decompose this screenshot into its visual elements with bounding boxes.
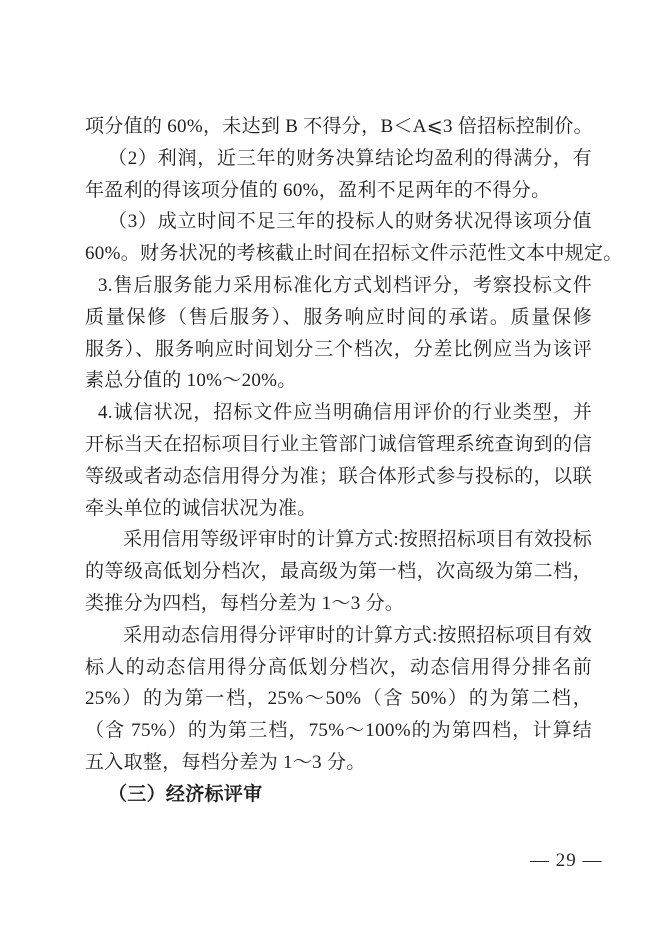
text-line: （含 75%）的为第三档，75%～100%的为第四档，计算结果四舍: [85, 715, 592, 747]
text-line: 采用动态信用得分评审时的计算方式:按照招标项目有效投: [85, 620, 592, 652]
text-line: 年盈利的得该项分值的 60%，盈利不足两年的不得分。: [85, 175, 592, 207]
text-line: 采用信用等级评审时的计算方式:按照招标项目有效投标人: [85, 524, 592, 556]
text-line: （2）利润，近三年的财务决算结论均盈利的得满分，有两: [85, 143, 592, 175]
document-body-text: 项分值的 60%，未达到 B 不得分，B＜A⩽3 倍招标控制价。（2）利润，近三…: [85, 111, 592, 811]
text-line: 60%。财务状况的考核截止时间在招标文件示范性文本中规定。: [85, 238, 592, 270]
text-line: 项分值的 60%，未达到 B 不得分，B＜A⩽3 倍招标控制价。: [85, 111, 592, 143]
page-number: — 29 —: [530, 848, 603, 874]
text-line: 等级或者动态信用得分为准；联合体形式参与投标的，以联合体: [85, 461, 592, 493]
text-line: 的等级高低划分档次，最高级为第一档，次高级为第二档，以此: [85, 556, 592, 588]
text-line: 类推分为四档，每档分差为 1～3 分。: [85, 588, 592, 620]
text-line: 质量保修（售后服务）、服务响应时间的承诺。质量保修（售后: [85, 302, 592, 334]
text-line: 25%）的为第一档，25%～50%（含 50%）的为第二档，50%～75%: [85, 683, 592, 715]
text-line: 牵头单位的诚信状况为准。: [85, 493, 592, 525]
text-line: 标人的动态信用得分高低划分档次，动态信用得分排名前25%(含: [85, 652, 592, 684]
text-line: 4.诚信状况，招标文件应当明确信用评价的行业类型，并以: [85, 397, 592, 429]
document-page: 项分值的 60%，未达到 B 不得分，B＜A⩽3 倍招标控制价。（2）利润，近三…: [0, 0, 670, 932]
text-line: 五入取整，每档分差为 1～3 分。: [85, 747, 592, 779]
text-line: （3）成立时间不足三年的投标人的财务状况得该项分值的: [85, 206, 592, 238]
text-line: 3.售后服务能力采用标准化方式划档评分，考察投标文件对: [85, 270, 592, 302]
text-line: 开标当天在招标项目行业主管部门诚信管理系统查询到的信用: [85, 429, 592, 461]
text-line: 服务）、服务响应时间划分三个档次，分差比例应当为该评标因: [85, 334, 592, 366]
text-line: （三）经济标评审: [85, 779, 592, 811]
text-line: 素总分值的 10%～20%。: [85, 365, 592, 397]
